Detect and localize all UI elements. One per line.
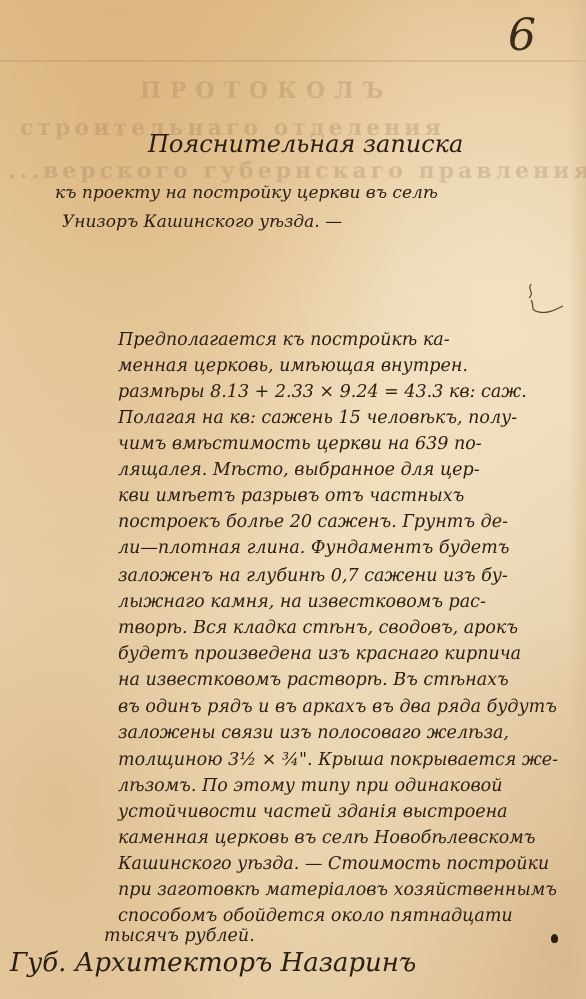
body-line: чимъ вмѣстимость церкви на 639 по- <box>118 434 482 454</box>
body-line: будетъ произведена изъ краснаго кирпича <box>118 644 521 664</box>
document-page: ПРОТОКОЛЪ строительнаго отделения ...вер… <box>0 0 586 999</box>
body-line: устойчивости частей зданія выстроена <box>118 802 508 822</box>
body-line: заложенъ на глубинѣ 0,7 сажени изъ бу- <box>118 566 508 586</box>
body-line: кви имѣетъ разрывъ отъ частныхъ <box>118 486 464 506</box>
body-line: лѣзомъ. По этому типу при одинаковой <box>118 776 502 796</box>
body-line: Кашинского уѣзда. — Стоимость постройки <box>118 854 549 874</box>
body-line: лыжнаго камня, на известковомъ рас- <box>118 592 486 612</box>
body-line: заложены связи изъ полосоваго желѣза, <box>118 723 509 743</box>
body-line: построекъ болѣе 20 саженъ. Грунтъ де- <box>118 512 508 532</box>
body-line: лящалея. Мѣсто, выбранное для цер- <box>118 460 480 480</box>
body-line: тысячъ рублей. <box>104 926 255 946</box>
subtitle-line-2: Унизоръ Кашинского уѣзда. — <box>62 212 342 232</box>
body-line: ли—плотная глина. Фундаментъ будетъ <box>118 538 509 558</box>
body-line: въ одинъ рядъ и въ аркахъ въ два ряда бу… <box>118 697 557 717</box>
body-line: Предполагается къ постройкѣ ка- <box>118 330 450 350</box>
body-line: толщиною 3½ × ¾". Крыша покрывается же- <box>118 750 558 770</box>
printed-form-header-1: ПРОТОКОЛЪ <box>140 78 393 104</box>
body-line: творѣ. Вся кладка стѣнъ, сводовъ, арокъ <box>118 618 518 638</box>
ink-blot <box>551 934 558 943</box>
body-line: на известковомъ растворѣ. Въ стѣнахъ <box>118 670 509 690</box>
signature: Губ. Архитекторъ Назаринъ <box>10 948 416 978</box>
body-line: каменная церковь въ селѣ Новобѣлевскомъ <box>118 828 535 848</box>
body-line: менная церковь, имѣющая внутрен. <box>118 356 468 376</box>
subtitle-line-1: къ проекту на постройку церкви въ селѣ <box>55 183 438 203</box>
body-line: при заготовкѣ матеріаловъ хозяйственнымъ <box>118 880 557 900</box>
paper-edge <box>568 0 586 999</box>
page-number: 6 <box>508 10 536 61</box>
body-line: размѣры 8.13 + 2.33 × 9.24 = 43.3 кв: са… <box>118 382 527 402</box>
body-line: Полагая на кв: сажень 15 человѣкъ, полу- <box>118 408 517 428</box>
document-title: Пояснительная записка <box>148 130 463 158</box>
paper-fold-line <box>0 60 586 62</box>
margin-squiggle-mark <box>525 280 565 320</box>
body-line: способомъ обойдется около пятнадцати <box>118 906 513 926</box>
printed-form-header-3: ...верского губернскаго правления <box>8 158 586 184</box>
